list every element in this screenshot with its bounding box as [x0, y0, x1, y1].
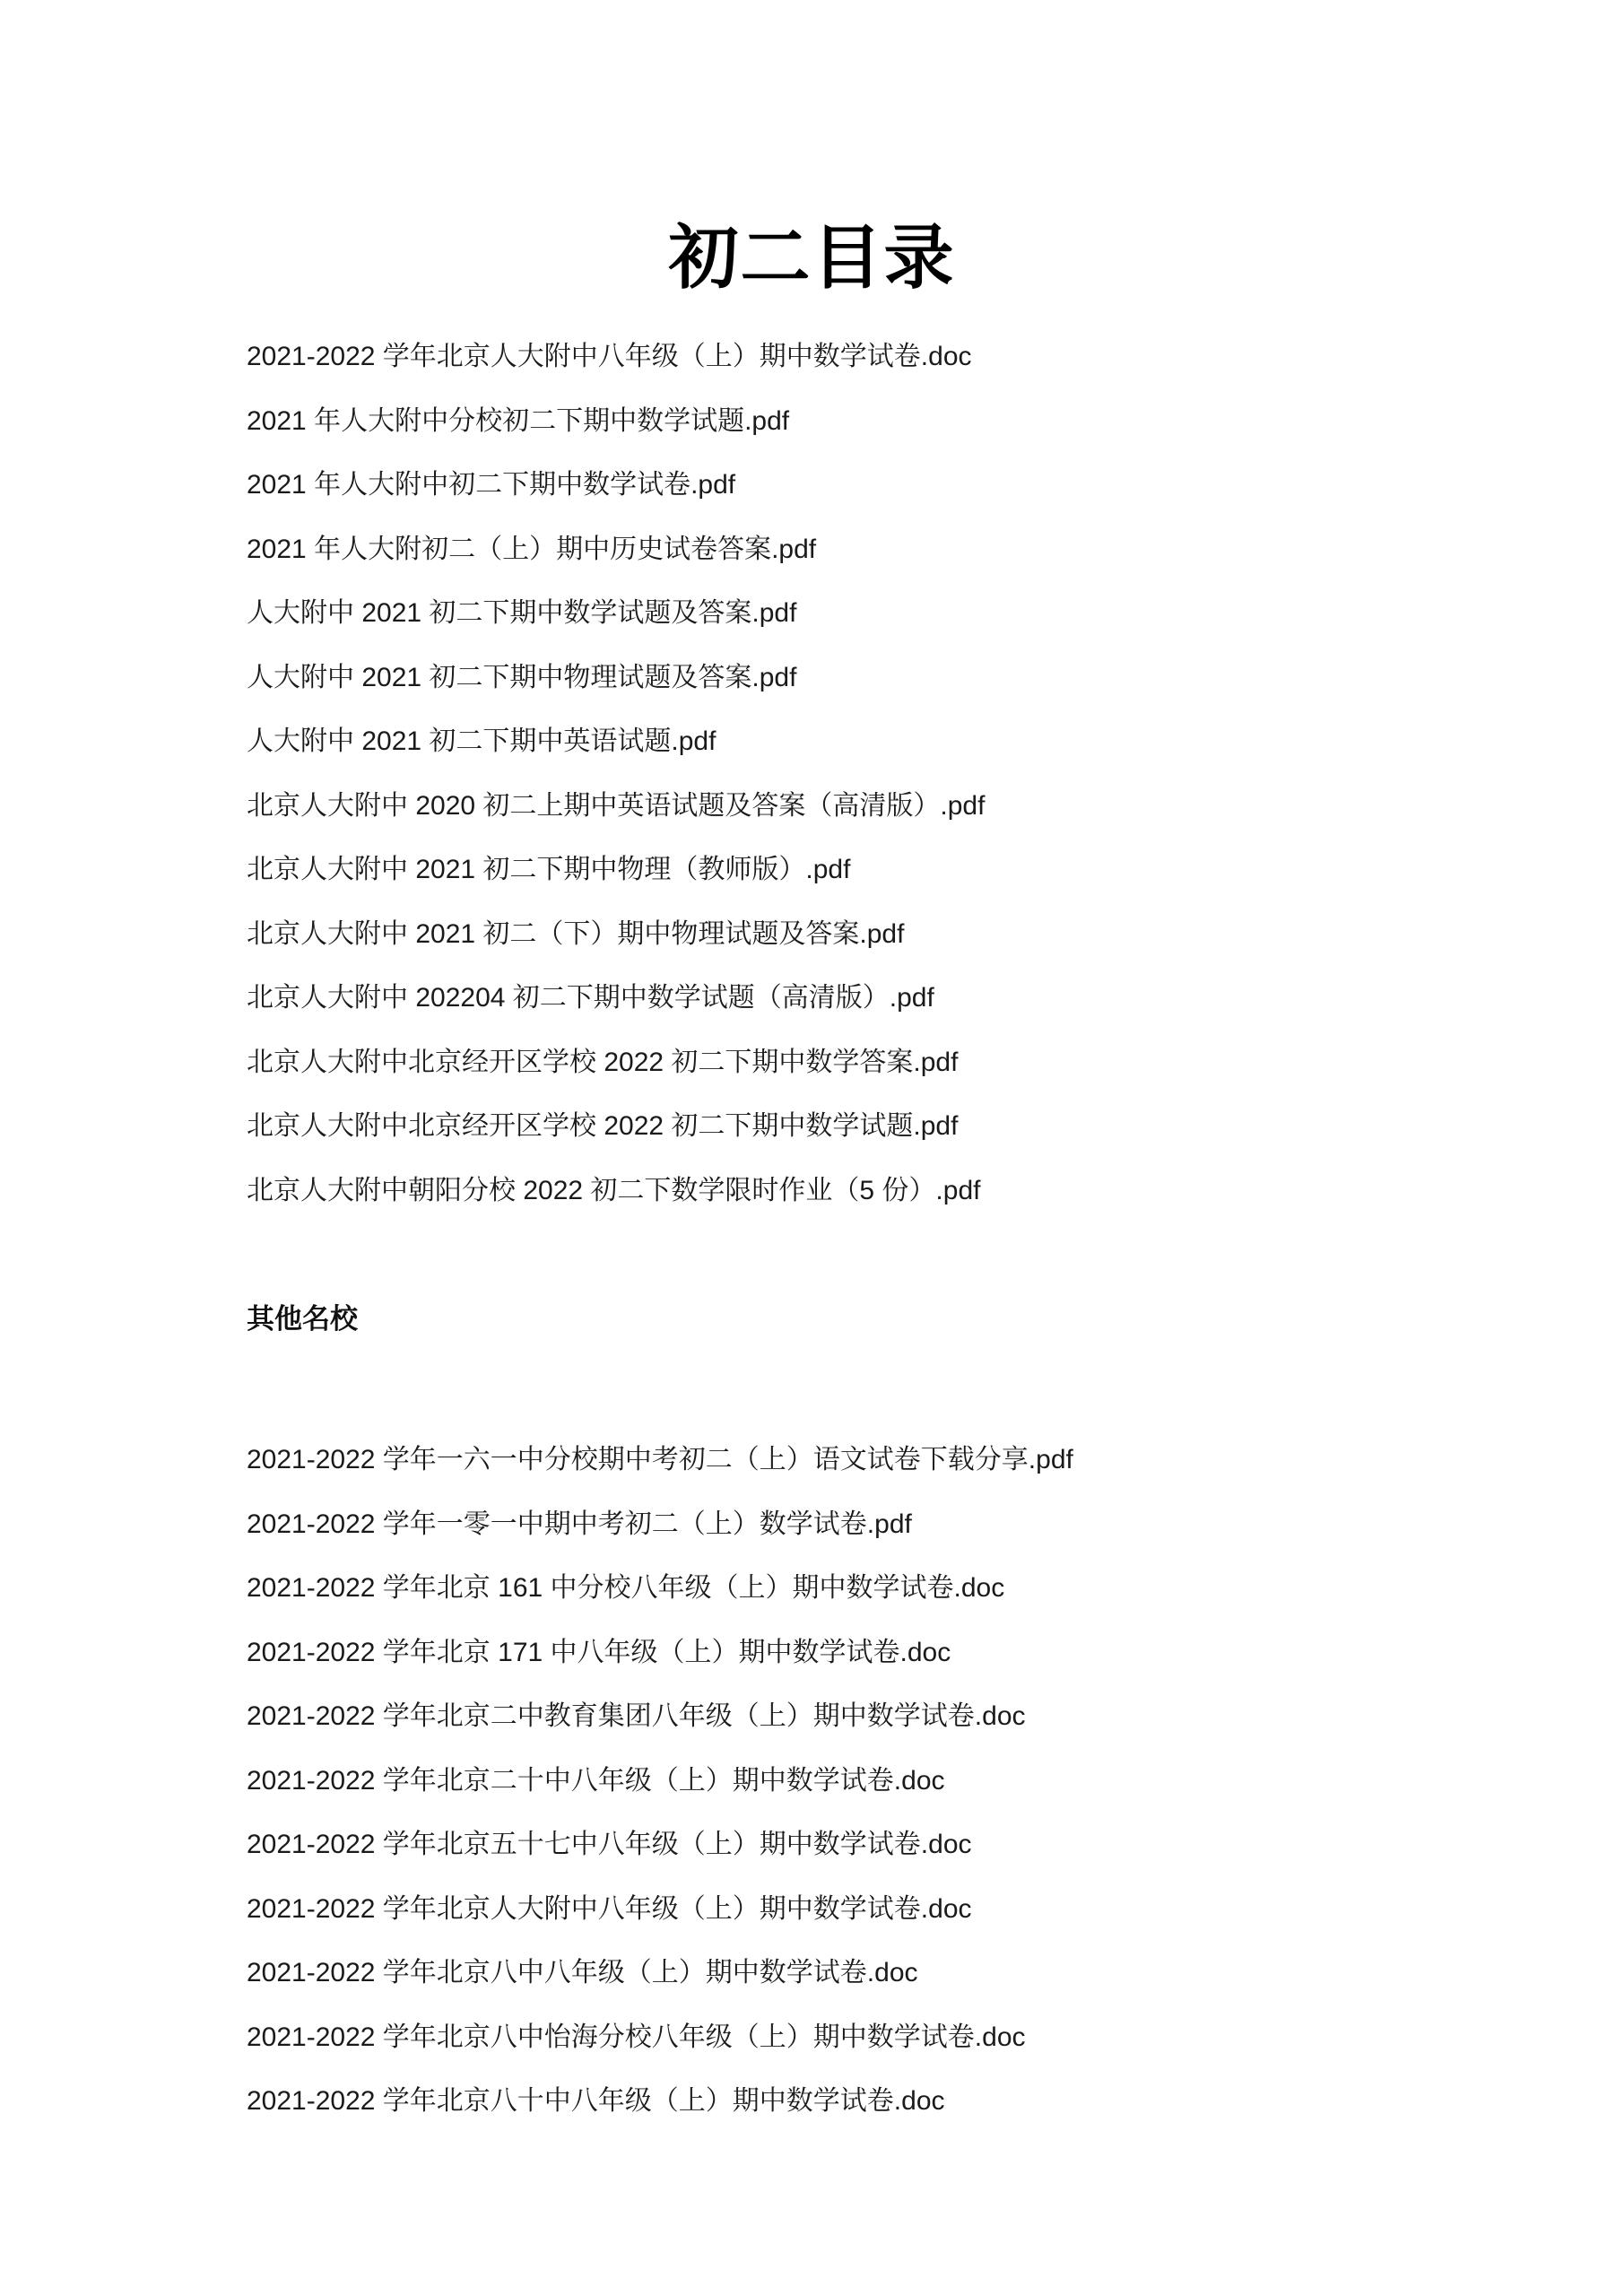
list-item: 北京人大附中 2021 初二下期中物理（教师版）.pdf: [247, 852, 985, 917]
list-item: 北京人大附中 2021 初二（下）期中物理试题及答案.pdf: [247, 917, 985, 981]
list-item: 2021-2022 学年一零一中期中考初二（上）数学试卷.pdf: [247, 1507, 1073, 1571]
list-item: 2021-2022 学年北京二中教育集团八年级（上）期中数学试卷.doc: [247, 1699, 1073, 1763]
list-item: 人大附中 2021 初二下期中英语试题.pdf: [247, 724, 985, 788]
list-item: 2021-2022 学年一六一中分校期中考初二（上）语文试卷下载分享.pdf: [247, 1442, 1073, 1507]
list-item: 人大附中 2021 初二下期中物理试题及答案.pdf: [247, 660, 985, 725]
file-list-other-schools: 2021-2022 学年一六一中分校期中考初二（上）语文试卷下载分享.pdf 2…: [247, 1442, 1073, 2148]
list-item: 北京人大附中北京经开区学校 2022 初二下期中数学试题.pdf: [247, 1109, 985, 1173]
list-item: 人大附中 2021 初二下期中数学试题及答案.pdf: [247, 596, 985, 660]
page-title: 初二目录: [0, 212, 1624, 305]
list-item: 2021-2022 学年北京二十中八年级（上）期中数学试卷.doc: [247, 1763, 1073, 1828]
list-item: 北京人大附中 2020 初二上期中英语试题及答案（高清版）.pdf: [247, 788, 985, 853]
document-page: 初二目录 2021-2022 学年北京人大附中八年级（上）期中数学试卷.doc …: [0, 0, 1624, 2296]
list-item: 2021 年人大附中初二下期中数学试卷.pdf: [247, 467, 985, 532]
list-item: 2021 年人大附初二（上）期中历史试卷答案.pdf: [247, 532, 985, 596]
list-item: 2021-2022 学年北京 171 中八年级（上）期中数学试卷.doc: [247, 1635, 1073, 1700]
list-item: 2021 年人大附中分校初二下期中数学试题.pdf: [247, 404, 985, 468]
list-item: 2021-2022 学年北京八中八年级（上）期中数学试卷.doc: [247, 1955, 1073, 2020]
file-list-main: 2021-2022 学年北京人大附中八年级（上）期中数学试卷.doc 2021 …: [247, 339, 985, 1237]
list-item: 2021-2022 学年北京 161 中分校八年级（上）期中数学试卷.doc: [247, 1570, 1073, 1635]
list-item: 2021-2022 学年北京八中怡海分校八年级（上）期中数学试卷.doc: [247, 2020, 1073, 2084]
section-heading-other-schools: 其他名校: [247, 1300, 358, 1338]
list-item: 2021-2022 学年北京五十七中八年级（上）期中数学试卷.doc: [247, 1827, 1073, 1892]
list-item: 北京人大附中 202204 初二下期中数学试题（高清版）.pdf: [247, 980, 985, 1045]
list-item: 北京人大附中朝阳分校 2022 初二下数学限时作业（5 份）.pdf: [247, 1173, 985, 1238]
list-item: 2021-2022 学年北京八十中八年级（上）期中数学试卷.doc: [247, 2083, 1073, 2148]
list-item: 2021-2022 学年北京人大附中八年级（上）期中数学试卷.doc: [247, 1892, 1073, 1956]
list-item: 北京人大附中北京经开区学校 2022 初二下期中数学答案.pdf: [247, 1045, 985, 1109]
list-item: 2021-2022 学年北京人大附中八年级（上）期中数学试卷.doc: [247, 339, 985, 404]
